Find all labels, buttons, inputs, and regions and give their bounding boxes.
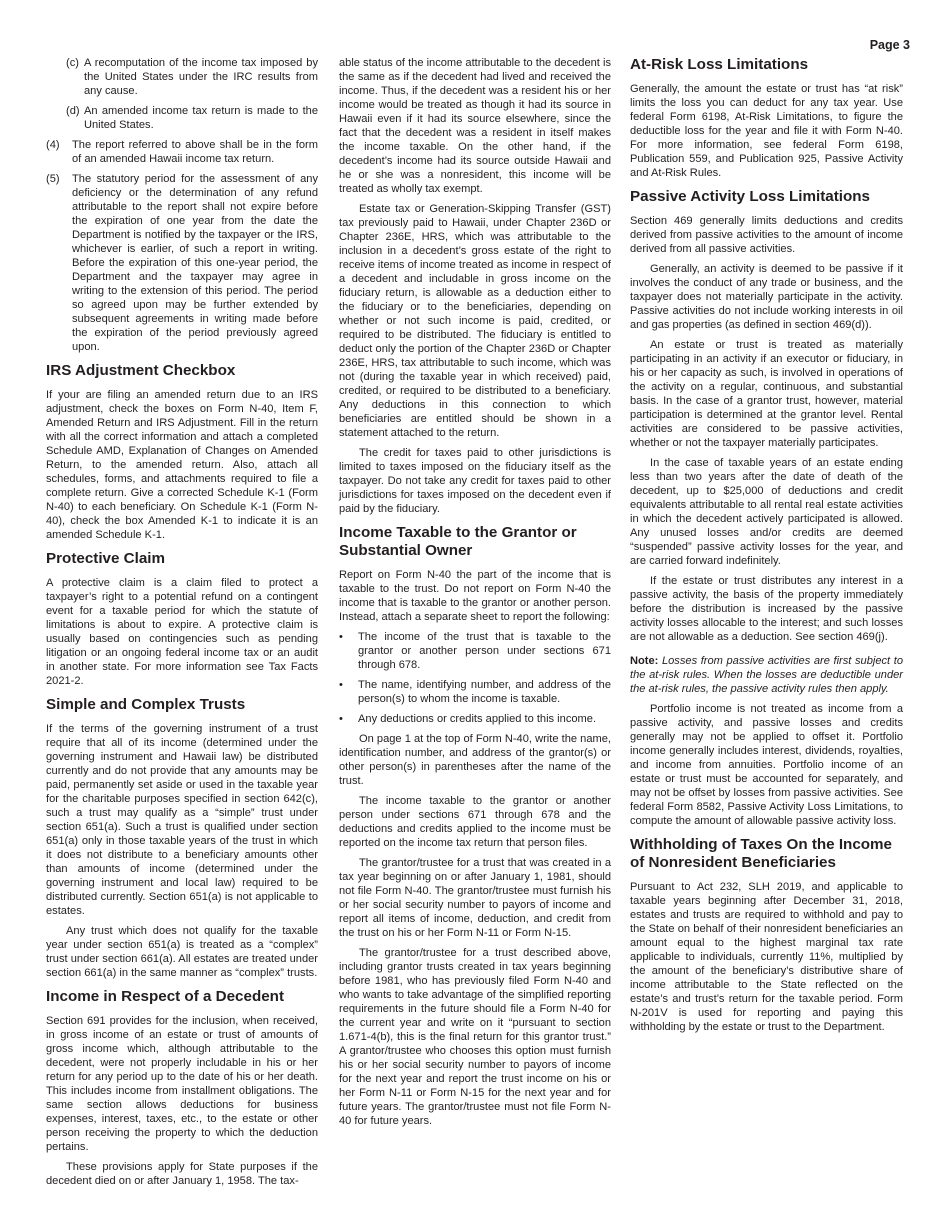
paragraph: An estate or trust is treated as materia… — [630, 338, 903, 450]
bullet-item: • The income of the trust that is taxabl… — [339, 630, 611, 672]
paragraph: The grantor/trustee for a trust describe… — [339, 946, 611, 1128]
list-text: The report referred to above shall be in… — [72, 139, 318, 165]
paragraph: Section 469 generally limits deductions … — [630, 214, 903, 256]
paragraph: Section 691 provides for the inclusion, … — [46, 1014, 318, 1154]
paragraph: Estate tax or Generation-Skipping Transf… — [339, 202, 611, 440]
list-item-d: (d) An amended income tax return is made… — [46, 104, 318, 132]
page-number: Page 3 — [870, 38, 910, 52]
paragraph: Pursuant to Act 232, SLH 2019, and appli… — [630, 880, 903, 1034]
heading-protective-claim: Protective Claim — [46, 550, 318, 568]
paragraph: A protective claim is a claim filed to p… — [46, 576, 318, 688]
paragraph: Portfolio income is not treated as incom… — [630, 702, 903, 828]
list-item-5: (5) The statutory period for the assessm… — [46, 172, 318, 354]
paragraph: If the terms of the governing instrument… — [46, 722, 318, 918]
list-text: The statutory period for the assessment … — [72, 173, 318, 353]
paragraph: In the case of taxable years of an estat… — [630, 456, 903, 568]
note-label: Note: — [630, 655, 658, 667]
list-label: (4) — [46, 138, 60, 152]
heading-simple-complex-trusts: Simple and Complex Trusts — [46, 696, 318, 714]
bullet-icon: • — [339, 678, 343, 692]
column-1: (c) A recomputation of the income tax im… — [46, 56, 318, 1194]
bullet-text: Any deductions or credits applied to thi… — [358, 713, 596, 725]
heading-at-risk: At-Risk Loss Limitations — [630, 56, 903, 74]
paragraph: Any trust which does not qualify for the… — [46, 924, 318, 980]
paragraph: Generally, the amount the estate or trus… — [630, 82, 903, 180]
heading-income-taxable-grantor: Income Taxable to the Grantor or Substan… — [339, 524, 611, 560]
paragraph: If your are filing an amended return due… — [46, 388, 318, 542]
paragraph: Generally, an activity is deemed to be p… — [630, 262, 903, 332]
heading-income-respect-decedent: Income in Respect of a Decedent — [46, 988, 318, 1006]
paragraph: If the estate or trust distributes any i… — [630, 574, 903, 644]
heading-irs-adjustment: IRS Adjustment Checkbox — [46, 362, 318, 380]
note: Note: Losses from passive activities are… — [630, 654, 903, 696]
column-2: able status of the income attributable t… — [339, 56, 611, 1134]
note-text: Losses from passive activities are first… — [630, 655, 903, 695]
column-3: At-Risk Loss Limitations Generally, the … — [630, 56, 903, 1040]
list-text: An amended income tax return is made to … — [84, 105, 318, 131]
paragraph: These provisions apply for State purpose… — [46, 1160, 318, 1188]
paragraph: On page 1 at the top of Form N-40, write… — [339, 732, 611, 788]
list-label: (5) — [46, 172, 60, 186]
list-label: (c) — [66, 56, 79, 70]
paragraph: The credit for taxes paid to other juris… — [339, 446, 611, 516]
heading-withholding: Withholding of Taxes On the Income of No… — [630, 836, 903, 872]
bullet-item: • The name, identifying number, and addr… — [339, 678, 611, 706]
paragraph: Report on Form N-40 the part of the inco… — [339, 568, 611, 624]
paragraph: The income taxable to the grantor or ano… — [339, 794, 611, 850]
list-text: A recomputation of the income tax impose… — [84, 57, 318, 97]
bullet-icon: • — [339, 630, 343, 644]
list-item-4: (4) The report referred to above shall b… — [46, 138, 318, 166]
list-label: (d) — [66, 104, 80, 118]
bullet-icon: • — [339, 712, 343, 726]
paragraph: The grantor/trustee for a trust that was… — [339, 856, 611, 940]
heading-passive-activity: Passive Activity Loss Limitations — [630, 188, 903, 206]
bullet-text: The income of the trust that is taxable … — [358, 631, 611, 671]
bullet-text: The name, identifying number, and addres… — [358, 679, 611, 705]
list-item-c: (c) A recomputation of the income tax im… — [46, 56, 318, 98]
bullet-item: • Any deductions or credits applied to t… — [339, 712, 611, 726]
paragraph: able status of the income attributable t… — [339, 56, 611, 196]
